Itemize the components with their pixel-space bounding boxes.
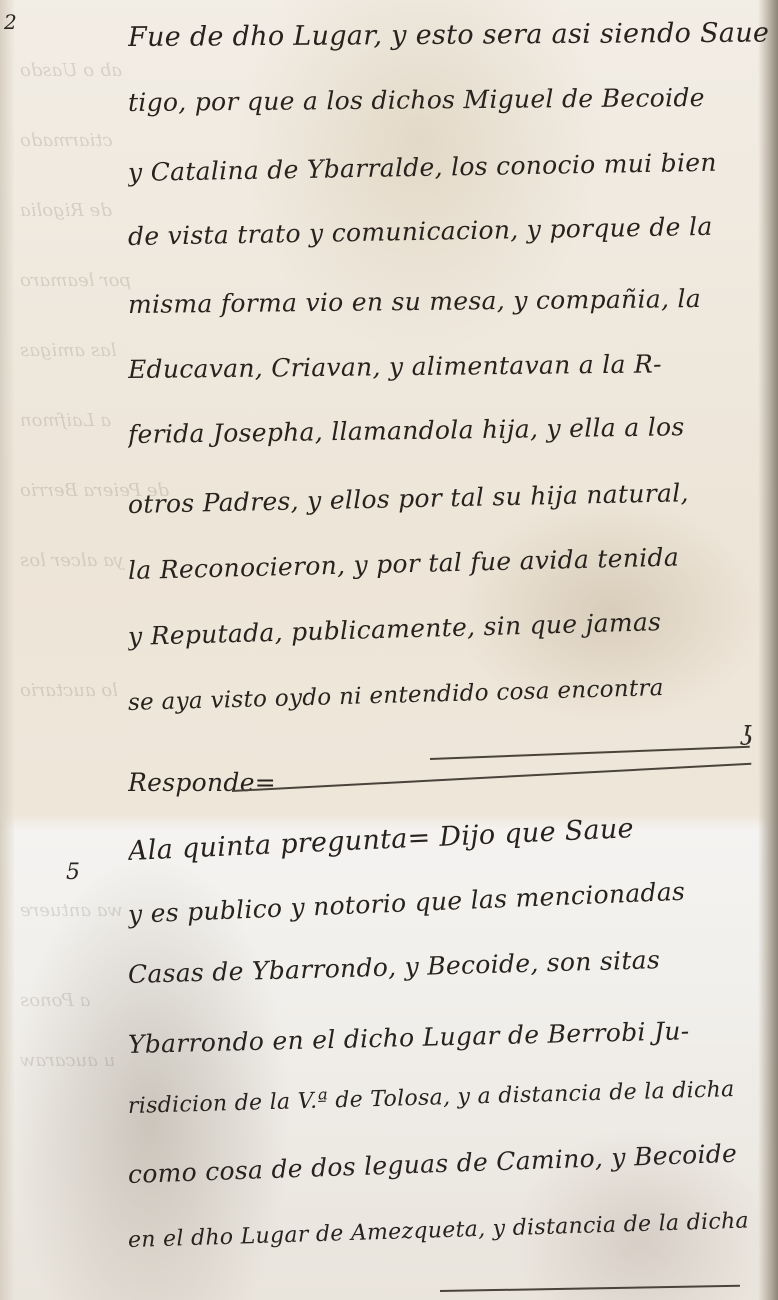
text-line: en el dho Lugar de Amezqueta, y distanci… [128,1208,768,1253]
text-line: Casas de Ybarrondo, y Becoide, son sitas [128,942,769,989]
page-number: 2 [4,10,17,34]
ruled-line-flourish: ʖ [740,722,754,752]
text-line: de vista trato y comunicacion, y porque … [128,211,768,251]
page-edge [758,0,778,1300]
ruled-line [440,1285,740,1292]
text-line: Educavan, Criavan, y alimentavan a la R- [128,348,768,384]
text-line: como cosa de dos leguas de Camino, y Bec… [127,1138,768,1189]
text-line: la Reconocieron, y por tal fue avida ten… [128,540,769,585]
ruled-line [430,746,750,760]
text-line: Fue de dho Lugar, y esto sera asi siendo… [128,18,768,53]
manuscript-page: ab o Uasdo ctiarmado de Rigolia por leam… [0,0,778,1300]
text-line: y Reputada, publicamente, sin que jamas [128,604,769,651]
binding-edge [0,0,14,1300]
text-line: ferida Josepha, llamandola hija, y ella … [128,411,768,449]
bleed-through-text: ab o Uasdo ctiarmado de Rigolia por leam… [20,0,130,1300]
text-line: otros Padres, y ellos por tal su hija na… [128,477,768,519]
text-line: risdicion de la V.ª de Tolosa, y a dista… [128,1076,768,1119]
text-line: Ala quinta pregunta= Dijo que Saue [127,807,768,867]
text-line: se aya visto oydo ni entendido cosa enco… [128,672,768,716]
text-line: misma forma vio en su mesa, y compañia, … [128,283,768,319]
text-line: y Catalina de Ybarralde, los conocio mui… [128,147,768,187]
text-line: tigo, por que a los dichos Miguel de Bec… [128,82,768,117]
text-line: Ybarrondo en el dicho Lugar de Berrobi J… [128,1014,769,1059]
ruled-line [232,763,751,792]
margin-note-question-number: 5 [66,860,80,885]
section-heading: Responde= [128,768,288,797]
text-line: y es publico y notorio que las mencionad… [127,873,768,929]
